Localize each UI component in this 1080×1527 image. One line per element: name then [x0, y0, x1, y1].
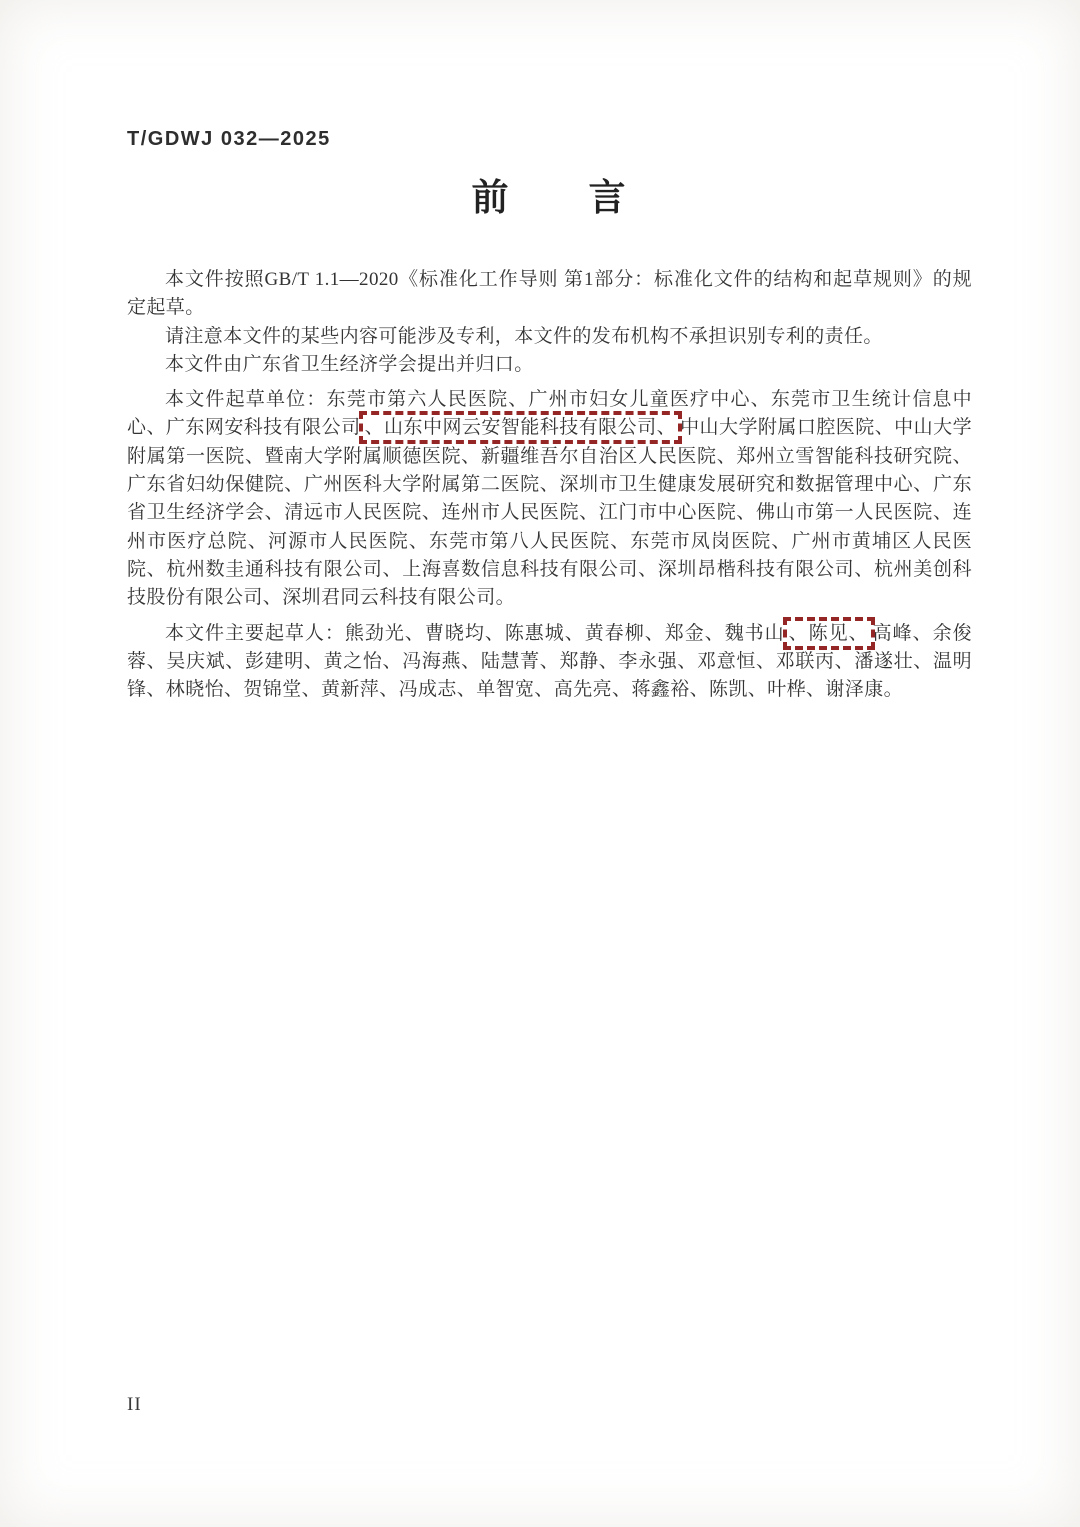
- drafting-units-text-after: 中山大学附属口腔医院、中山大学附属第一医院、暨南大学附属顺德医院、新疆维吾尔自治…: [127, 417, 972, 608]
- drafters-text-before: 本文件主要起草人：熊劲光、曹晓均、陈惠城、黄春柳、郑金、魏书山: [165, 623, 785, 644]
- paragraph-standard-basis: 本文件按照GB/T 1.1—2020《标准化工作导则 第1部分：标准化文件的结构…: [127, 266, 972, 323]
- paragraph-patent-notice: 请注意本文件的某些内容可能涉及专利，本文件的发布机构不承担识别专利的责任。: [127, 323, 972, 351]
- foreword-body: 本文件按照GB/T 1.1—2020《标准化工作导则 第1部分：标准化文件的结构…: [127, 266, 972, 704]
- highlight-box-shandong-company: 、山东中网云安智能科技有限公司、: [359, 411, 682, 444]
- paragraph-drafting-units: 本文件起草单位：东莞市第六人民医院、广州市妇女儿童医疗中心、东莞市卫生统计信息中…: [127, 386, 972, 612]
- paragraph-proposing-org: 本文件由广东省卫生经济学会提出并归口。: [127, 351, 972, 379]
- document-code: T/GDWJ 032—2025: [127, 128, 331, 151]
- highlight-box-chenjian: 、陈见、: [783, 617, 875, 650]
- page-title: 前 言: [127, 167, 972, 221]
- document-page: T/GDWJ 032—2025 前 言 本文件按照GB/T 1.1—2020《标…: [0, 0, 1080, 1527]
- paragraph-drafters: 本文件主要起草人：熊劲光、曹晓均、陈惠城、黄春柳、郑金、魏书山、陈见、高峰、余俊…: [127, 620, 972, 705]
- page-number: II: [127, 1394, 142, 1416]
